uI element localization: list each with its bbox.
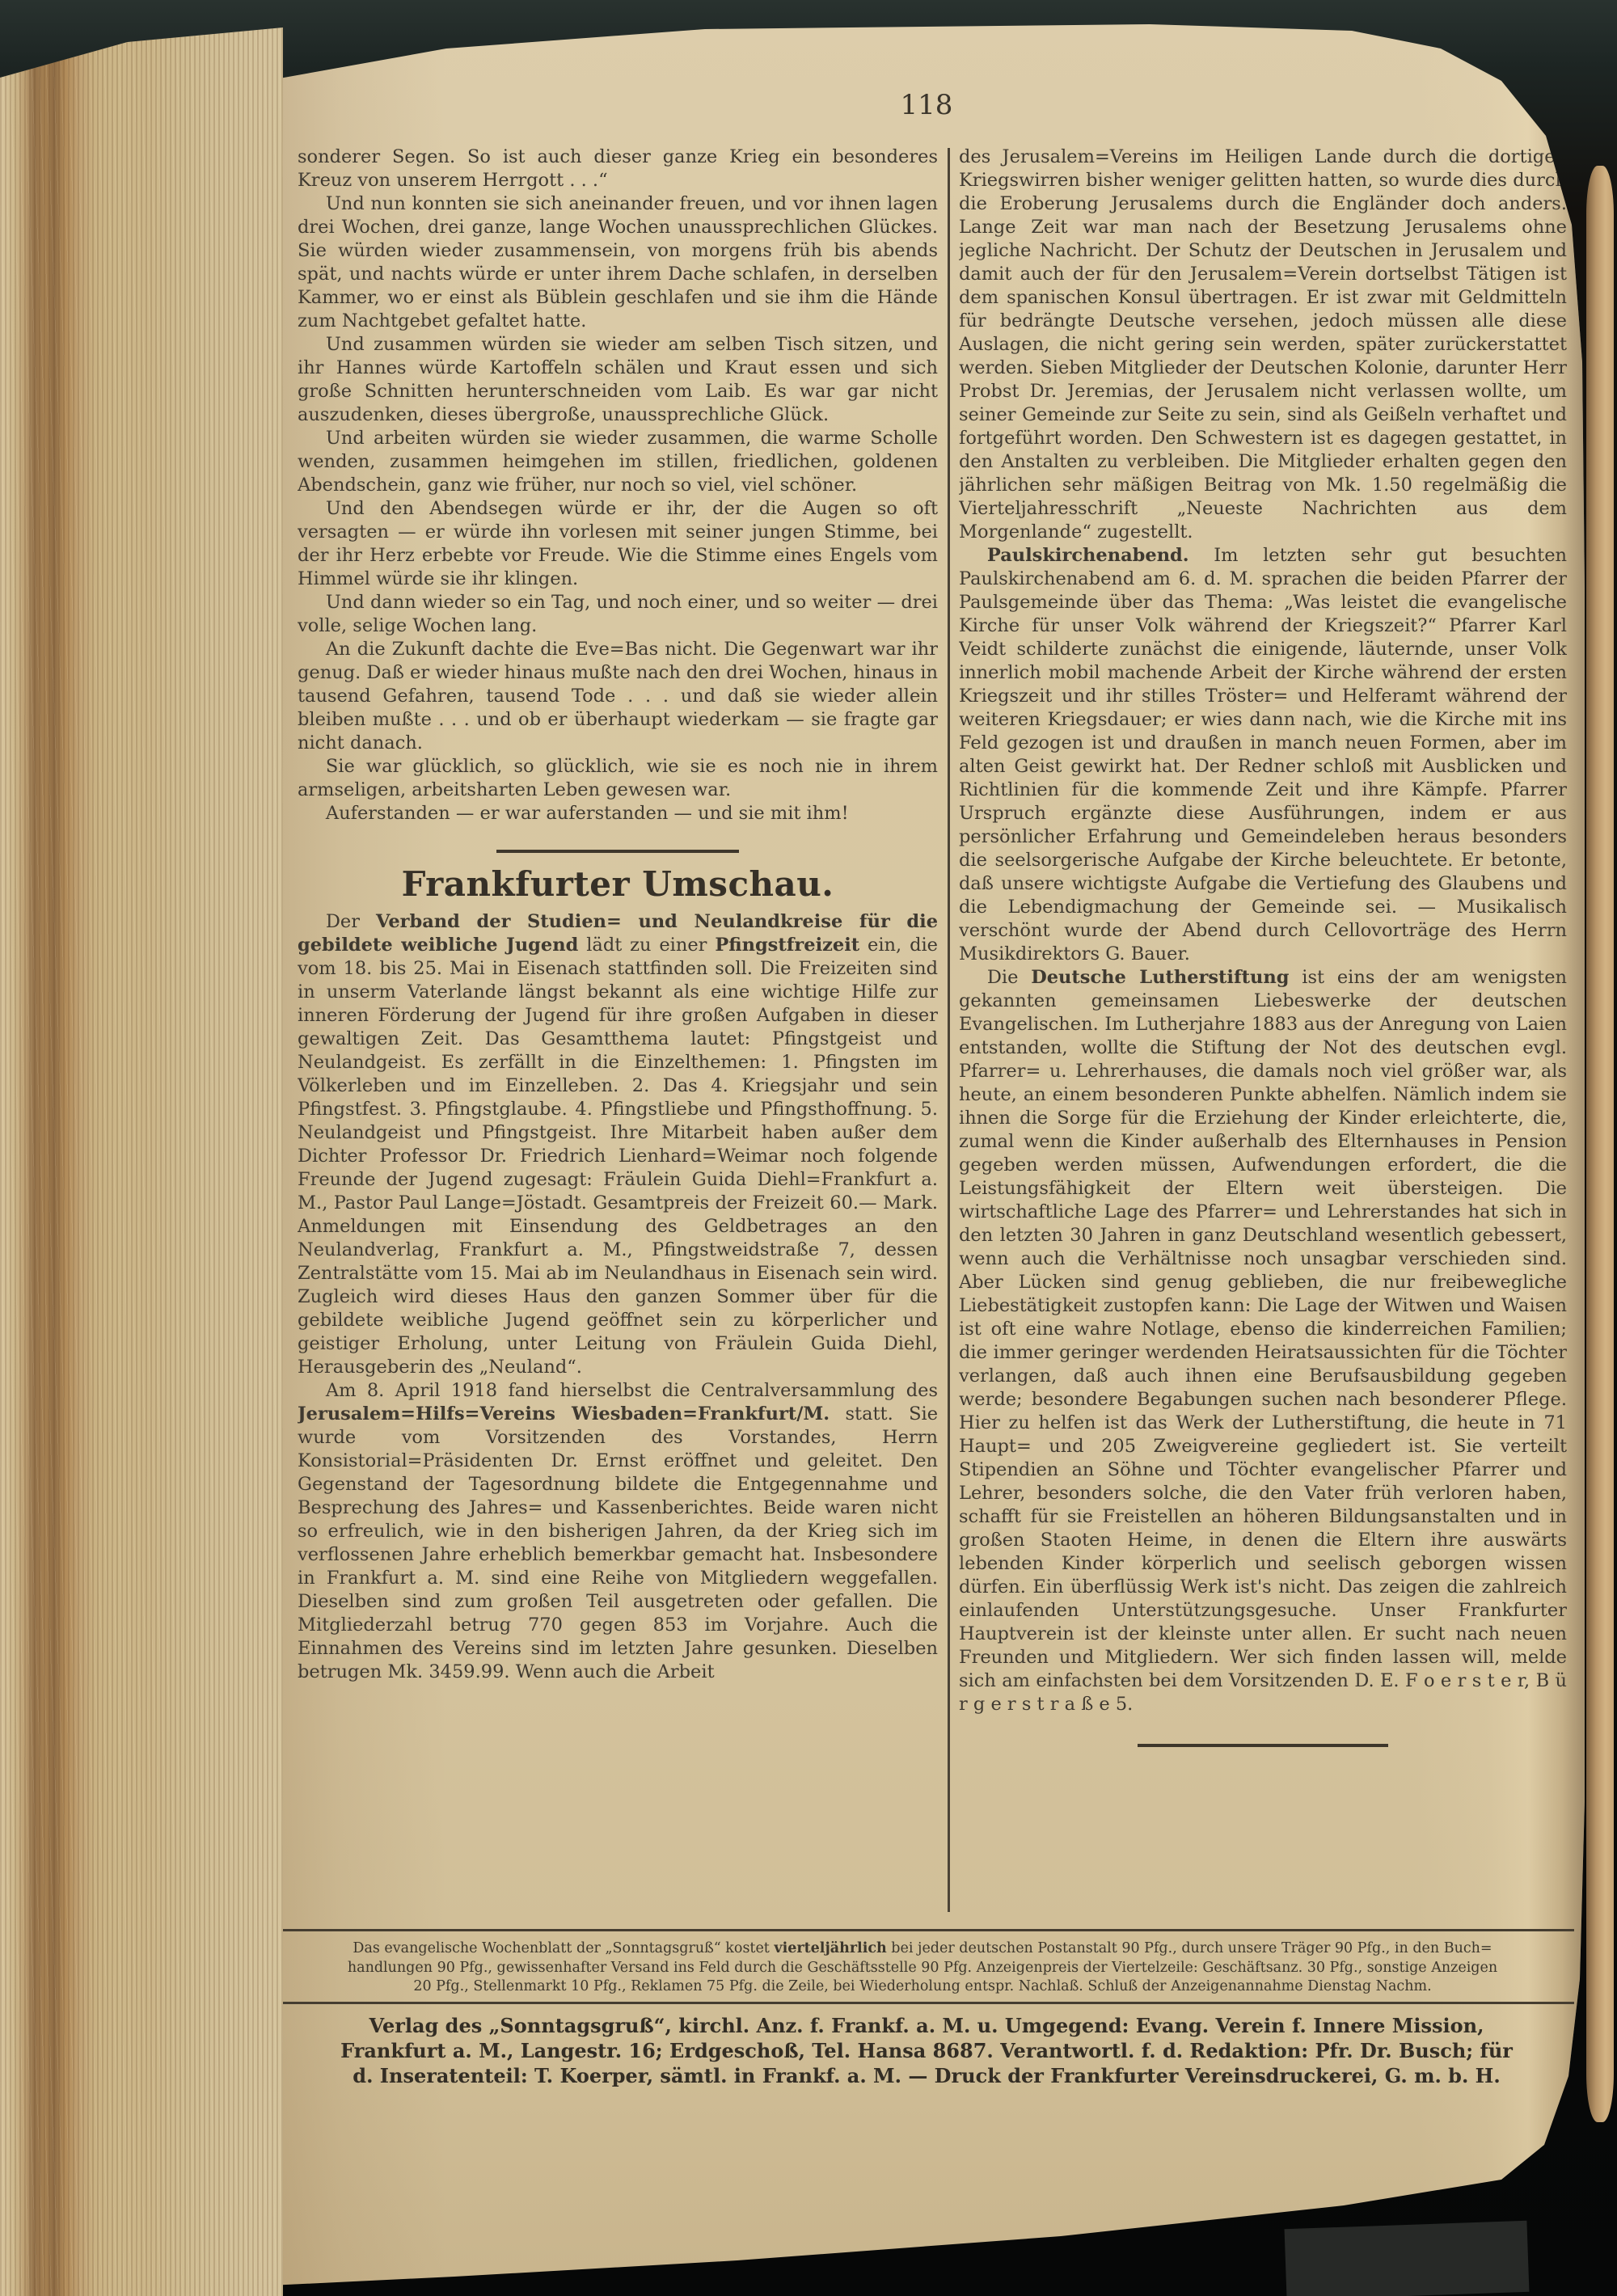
paragraph: Und nun konnten sie sich aneinander freu…	[298, 192, 938, 333]
footer-rule-top	[279, 1929, 1574, 1931]
text-segment: Pfingstfreizeit	[715, 935, 859, 956]
imprint-line: Verlag des „Sonntagsgruß“, kirchl. Anz. …	[279, 2013, 1574, 2038]
text-segment: lädt zu einer	[578, 935, 715, 956]
page-number: 118	[279, 89, 1574, 121]
text-segment: statt. Sie wurde vom Vorsitzenden des Vo…	[298, 1403, 938, 1682]
subscription-notice-line: Das evangelische Wochenblatt der „Sonnta…	[272, 1939, 1573, 1959]
paragraph: Die Deutsche Lutherstiftung ist eins der…	[959, 966, 1567, 1716]
paragraph: An die Zukunft dachte die Eve=Bas nicht.…	[298, 638, 938, 755]
separator-rule	[496, 850, 739, 853]
text-segment: Deutsche Lutherstiftung	[1031, 967, 1289, 988]
background-table-patch	[1285, 2221, 1530, 2296]
imprint: Verlag des „Sonntagsgruß“, kirchl. Anz. …	[279, 2013, 1574, 2088]
text-segment: Jerusalem=Hilfs=Vereins Wiesbaden=Frankf…	[298, 1403, 830, 1424]
subscription-notice-line: 20 Pfg., Stellenmarkt 10 Pfg., Reklamen …	[272, 1977, 1573, 1997]
paragraph: Und dann wieder so ein Tag, und noch ein…	[298, 591, 938, 638]
text-segment: Paulskirchenabend.	[987, 545, 1189, 566]
imprint-line: Frankfurt a. M., Langestr. 16; Erdgescho…	[279, 2038, 1574, 2063]
text-segment: bei jeder deutschen Postanstalt 90 Pfg.,…	[887, 1940, 1492, 1956]
book-page-edges	[0, 27, 283, 2296]
text-segment: ist eins der am wenigsten gekannten geme…	[959, 967, 1567, 1715]
paragraph: Auferstanden — er war auferstanden — und…	[298, 802, 938, 825]
text-segment: Im letzten sehr gut besuchten Paulskirch…	[959, 545, 1567, 964]
footer-rule-bottom	[279, 2002, 1574, 2004]
paragraph: Am 8. April 1918 fand hierselbst die Cen…	[298, 1379, 938, 1684]
paragraph: Sie war glücklich, so glücklich, wie sie…	[298, 755, 938, 802]
subscription-notice-line: handlungen 90 Pfg., gewissenhafter Versa…	[272, 1959, 1573, 1978]
paragraph: Der Verband der Studien= und Neulandkrei…	[298, 910, 938, 1379]
paragraph: Paulskirchenabend. Im letzten sehr gut b…	[959, 544, 1567, 966]
adjacent-page-edge	[1586, 166, 1614, 2122]
left-column: sonderer Segen. So ist auch dieser ganze…	[298, 146, 938, 1934]
column-divider-rule	[948, 148, 950, 1912]
paragraph: Und arbeiten würden sie wieder zusammen,…	[298, 427, 938, 497]
right-column: des Jerusalem=Vereins im Heiligen Lande …	[959, 146, 1567, 1934]
text-segment: Der	[326, 911, 376, 932]
text-segment: vierteljährlich	[774, 1940, 886, 1956]
scanned-page: 118 sonderer Segen. So ist auch dieser g…	[252, 23, 1585, 2294]
text-segment: Am 8. April 1918 fand hierselbst die Cen…	[326, 1380, 938, 1401]
subscription-notice: Das evangelische Wochenblatt der „Sonnta…	[272, 1939, 1573, 1997]
paragraph: Und den Abendsegen würde er ihr, der die…	[298, 497, 938, 591]
paragraph: Und zusammen würden sie wieder am selben…	[298, 333, 938, 427]
separator-rule	[1138, 1744, 1388, 1747]
paragraph: sonderer Segen. So ist auch dieser ganze…	[298, 146, 938, 192]
imprint-line: d. Inseratenteil: T. Koerper, sämtl. in …	[279, 2063, 1574, 2088]
text-segment: Das evangelische Wochenblatt der „Sonnta…	[353, 1940, 774, 1956]
section-heading: Frankfurter Umschau.	[298, 872, 938, 896]
text-segment: ein, die vom 18. bis 25. Mai in Eisenach…	[298, 935, 938, 1378]
paragraph: des Jerusalem=Vereins im Heiligen Lande …	[959, 146, 1567, 544]
text-segment: Die	[987, 967, 1031, 988]
